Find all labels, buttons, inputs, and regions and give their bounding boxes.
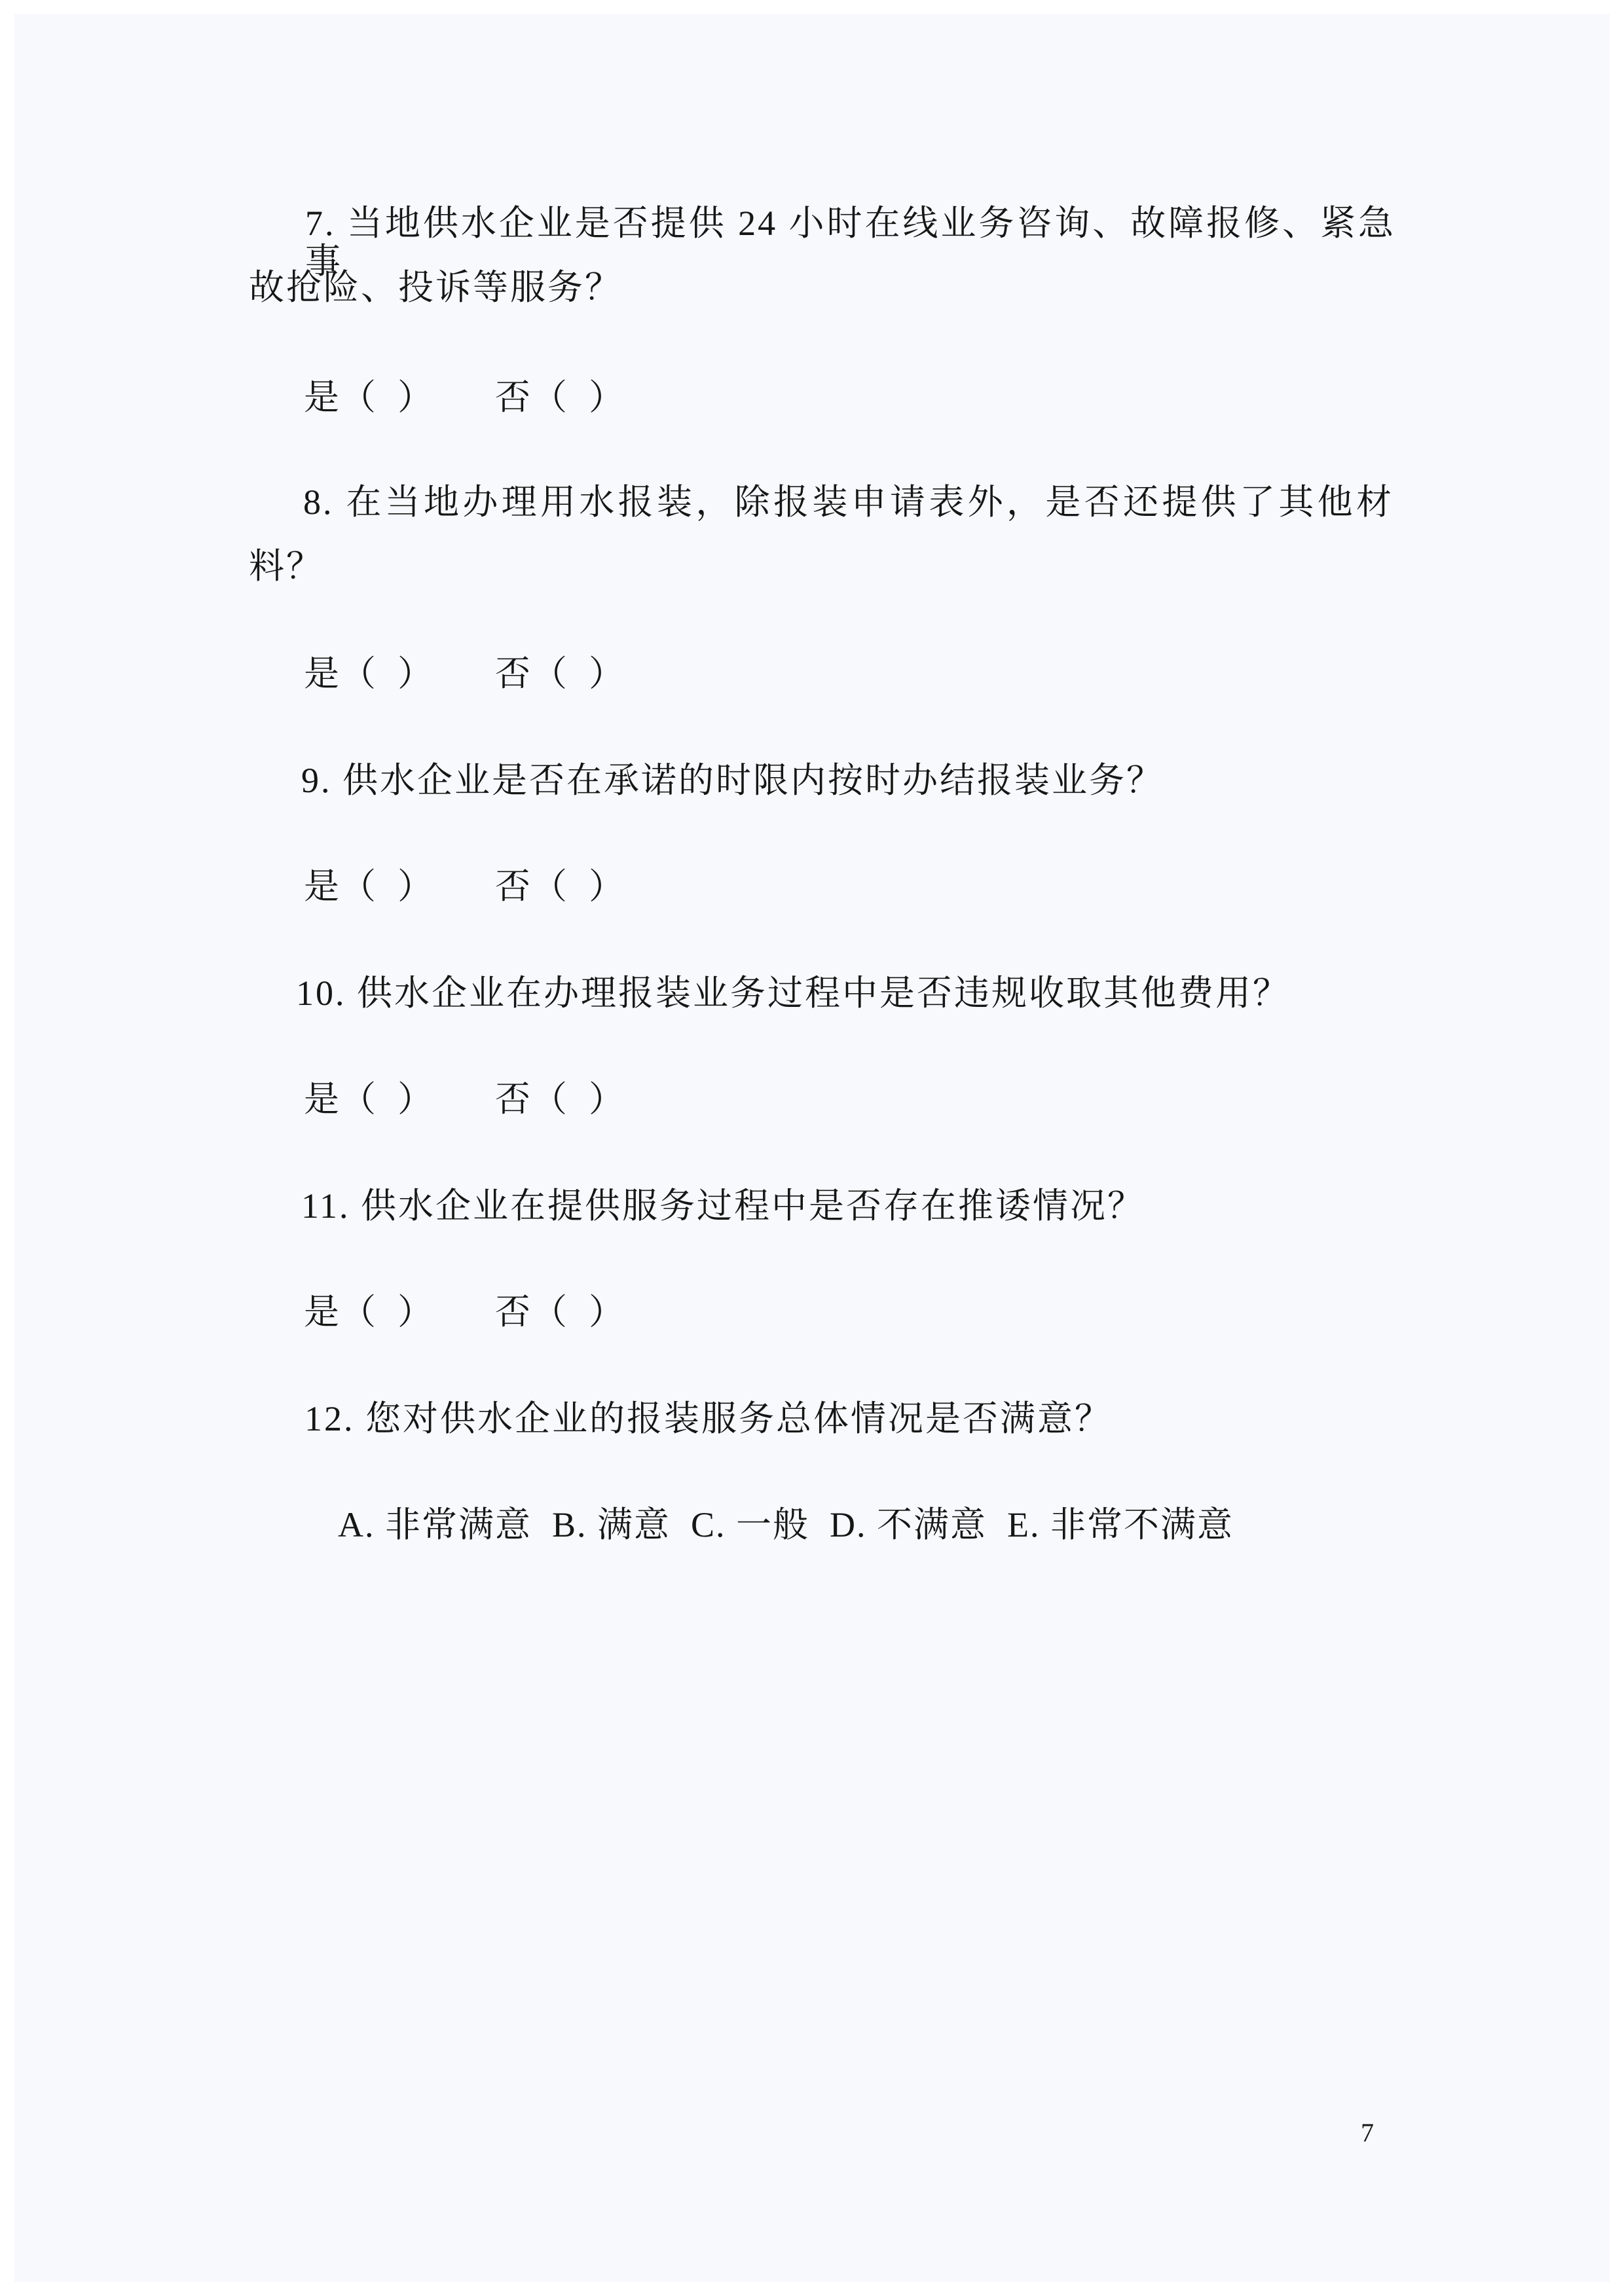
question-10-text-line-1: 10. 供水企业在办理报装业务过程中是否违规收取其他费用？ [296, 974, 1290, 1012]
question-8-yes-no-answer-line: 是（ ） 否（ ） [304, 655, 625, 693]
question-7-text-line-2: 故抢险、投诉等服务？ [249, 268, 622, 306]
question-7-yes-no-answer-line: 是（ ） 否（ ） [304, 378, 625, 416]
question-10-yes-no-answer-line: 是（ ） 否（ ） [304, 1080, 625, 1118]
question-11-yes-no-answer-line: 是（ ） 否（ ） [304, 1293, 625, 1331]
question-11-text-line-1: 11. 供水企业在提供服务过程中是否存在推诿情况？ [301, 1187, 1145, 1225]
question-12-text-line-1: 12. 您对供水企业的报装服务总体情况是否满意？ [304, 1400, 1112, 1438]
paper-background [14, 14, 1610, 2282]
scanned-document-page: 7. 当地供水企业是否提供 24 小时在线业务咨询、故障报修、紧急事 故抢险、投… [0, 0, 1624, 2296]
question-8-text-line-2: 料？ [249, 547, 323, 585]
question-9-yes-no-answer-line: 是（ ） 否（ ） [304, 867, 625, 905]
question-9-text-line-1: 9. 供水企业是否在承诺的时限内按时办结报装业务？ [301, 761, 1164, 799]
question-8-text-line-1: 8. 在当地办理用水报装，除报装申请表外，是否还提供了其他材 [303, 483, 1393, 521]
question-12-choice-options-line: A. 非常满意 B. 满意 C. 一般 D. 不满意 E. 非常不满意 [338, 1506, 1234, 1544]
page-number: 7 [1361, 2117, 1374, 2148]
